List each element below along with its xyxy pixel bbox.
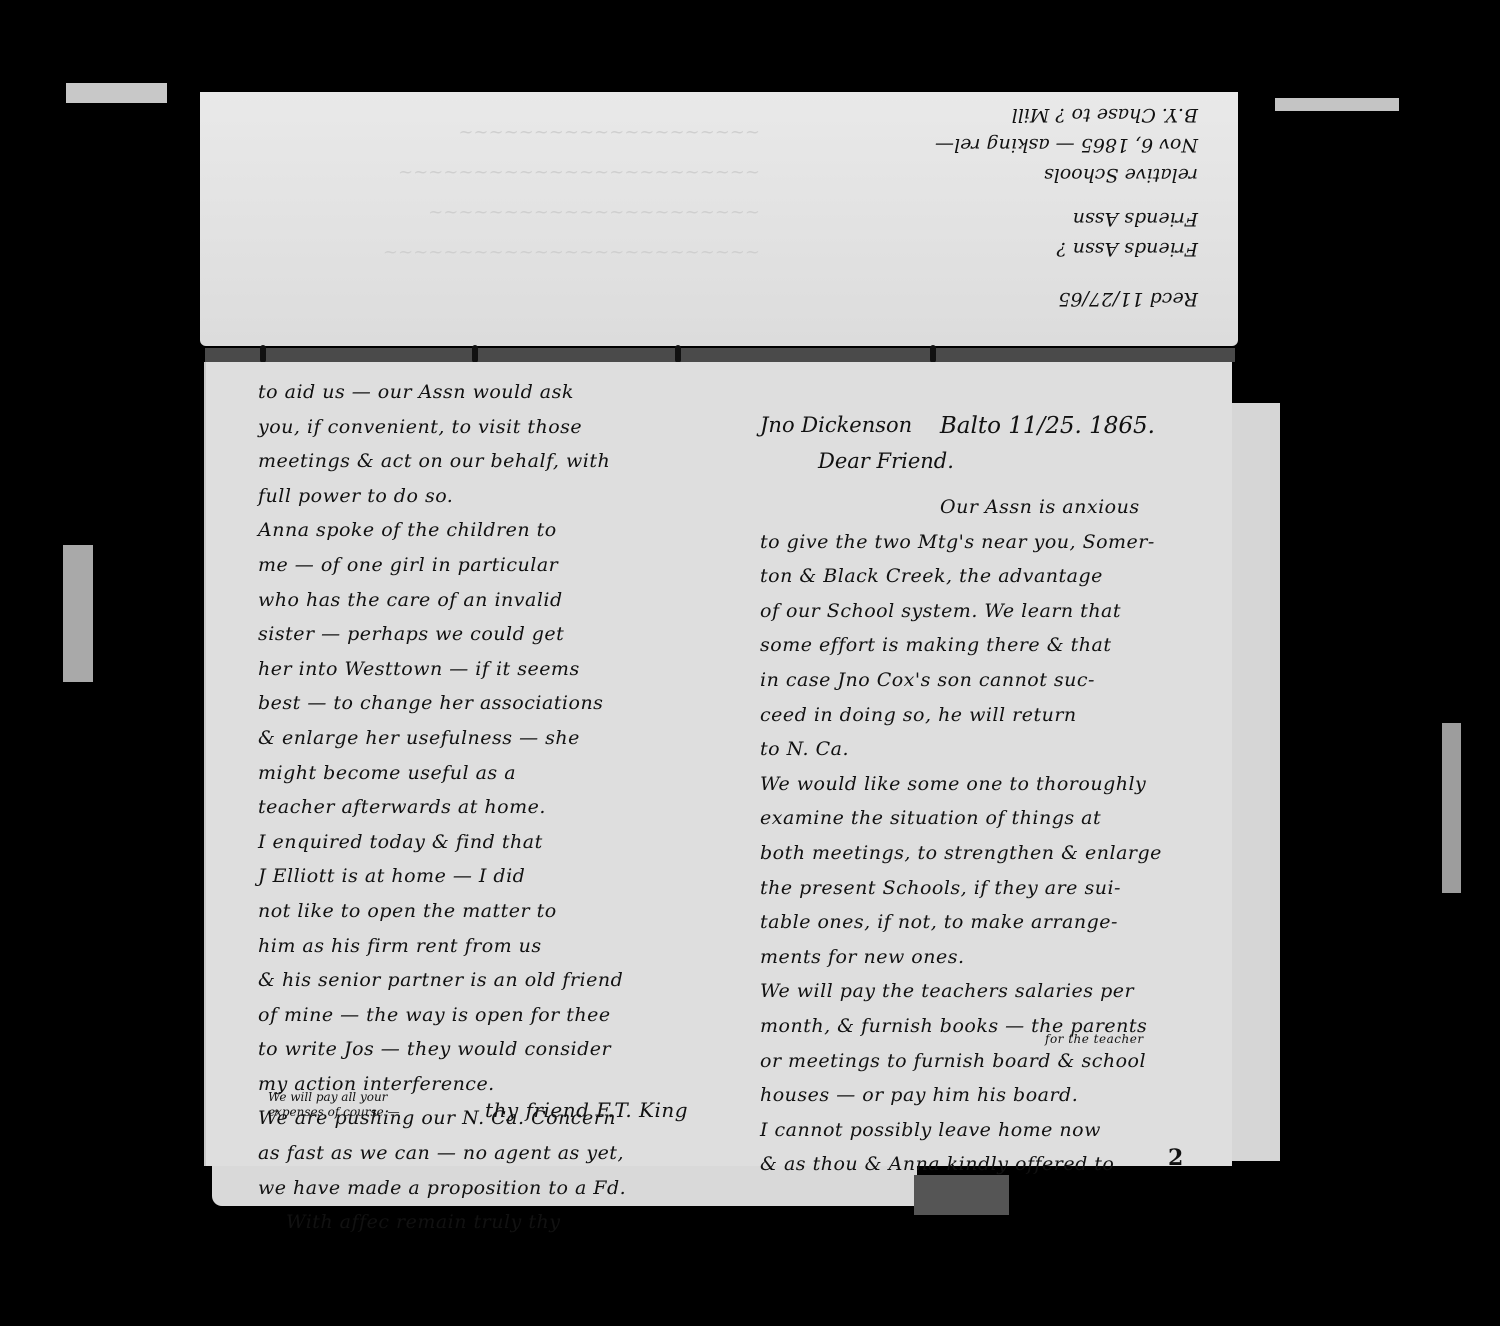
text-line: examine the situation of things at xyxy=(760,801,1200,836)
text-line: some effort is making there & that xyxy=(760,628,1200,663)
interlinear-note: for the teacher xyxy=(1045,1032,1144,1046)
docket-line: Friends Assn xyxy=(778,204,1198,234)
text-line: & enlarge her usefulness — she xyxy=(258,721,728,756)
text-line: Our Assn is anxious xyxy=(760,490,1200,525)
text-line: ceed in doing so, he will return xyxy=(760,698,1200,733)
text-line: of mine — the way is open for thee xyxy=(258,998,728,1033)
text-line: table ones, if not, to make arrange- xyxy=(760,905,1200,940)
bleed-through-text: ~~~~~~~~~~~~~~~~~~~~~~~~~ ~~~~~~~~~~~~~~… xyxy=(240,112,760,272)
text-line: to aid us — our Assn would ask xyxy=(258,375,728,410)
text-line: houses — or pay him his board. xyxy=(760,1078,1200,1113)
text-line: ton & Black Creek, the advantage xyxy=(760,559,1200,594)
text-line: you, if convenient, to visit those xyxy=(258,410,728,445)
binding-strip xyxy=(205,348,1235,362)
text-line: With affec remain truly thy xyxy=(258,1205,728,1240)
text-line: & as thou & Anna kindly offered to xyxy=(760,1147,1200,1182)
text-line: him as his firm rent from us xyxy=(258,929,728,964)
paper-tab-left xyxy=(63,545,93,682)
addressee: Jno Dickenson xyxy=(760,413,912,437)
stitch xyxy=(930,345,936,363)
margin-note: We will pay all your expenses of course … xyxy=(268,1090,400,1120)
stitch xyxy=(675,345,681,363)
page-number: 2 xyxy=(1168,1145,1183,1171)
text-line: We will pay the teachers salaries per xyxy=(760,974,1200,1009)
text-line: sister — perhaps we could get xyxy=(258,617,728,652)
text-line: full power to do so. xyxy=(258,479,728,514)
stitch xyxy=(472,345,478,363)
salutation: Dear Friend. xyxy=(818,449,954,473)
docket-endorsement: Recd 11/27/65 xyxy=(778,284,1198,314)
text-line: Anna spoke of the children to xyxy=(258,513,728,548)
docket-line: Friends Assn ? xyxy=(778,234,1198,264)
text-line: to N. Ca. xyxy=(760,732,1200,767)
text-line: ments for new ones. xyxy=(760,940,1200,975)
text-line: we have made a proposition to a Fd. xyxy=(258,1171,728,1206)
text-line: to write Jos — they would consider xyxy=(258,1032,728,1067)
text-line: J Elliott is at home — I did xyxy=(258,859,728,894)
text-line: in case Jno Cox's son cannot suc- xyxy=(760,663,1200,698)
margin-note-line: We will pay all your xyxy=(268,1090,400,1105)
docket-line: Nov 6, 1865 — asking rel— xyxy=(778,130,1198,160)
margin-note-line: expenses of course — xyxy=(268,1105,400,1120)
text-line-content: or meetings to furnish board & school xyxy=(760,1050,1146,1072)
paper-tab-top-right xyxy=(1275,98,1399,111)
docket-text: Recd 11/27/65 Friends Assn ? Friends Ass… xyxy=(778,100,1198,314)
text-line: might become useful as a xyxy=(258,756,728,791)
text-line: the present Schools, if they are sui- xyxy=(760,871,1200,906)
text-line: her into Westtown — if it seems xyxy=(258,652,728,687)
docket-line: B.Y. Chase to ? Mill xyxy=(778,100,1198,130)
text-line: as fast as we can — no agent as yet, xyxy=(258,1136,728,1171)
text-line: both meetings, to strengthen & enlarge xyxy=(760,836,1200,871)
text-line: who has the care of an invalid xyxy=(258,583,728,618)
paper-tab-top-left xyxy=(66,83,167,103)
text-line: not like to open the matter to xyxy=(258,894,728,929)
docket-line: relative Schools xyxy=(778,160,1198,190)
paper-tab-right xyxy=(1442,723,1461,893)
text-line: of our School system. We learn that xyxy=(760,594,1200,629)
stitch xyxy=(260,345,266,363)
text-line: meetings & act on our behalf, with xyxy=(258,444,728,479)
text-line: We would like some one to thoroughly xyxy=(760,767,1200,802)
text-line: for the teacher or meetings to furnish b… xyxy=(760,1044,1200,1079)
text-line: me — of one girl in particular xyxy=(258,548,728,583)
text-line: I cannot possibly leave home now xyxy=(760,1113,1200,1148)
text-line: best — to change her associations xyxy=(258,686,728,721)
closing-signature: thy friend F.T. King xyxy=(485,1093,688,1128)
right-page-text: Our Assn is anxious to give the two Mtg'… xyxy=(760,490,1200,1182)
docket-panel: ~~~~~~~~~~~~~~~~~~~~~~~~~ ~~~~~~~~~~~~~~… xyxy=(200,92,1238,346)
text-line: teacher afterwards at home. xyxy=(258,790,728,825)
text-line: I enquired today & find that xyxy=(258,825,728,860)
text-line: to give the two Mtg's near you, Somer- xyxy=(760,525,1200,560)
place-date: Balto 11/25. 1865. xyxy=(940,413,1155,439)
text-line: & his senior partner is an old friend xyxy=(258,963,728,998)
